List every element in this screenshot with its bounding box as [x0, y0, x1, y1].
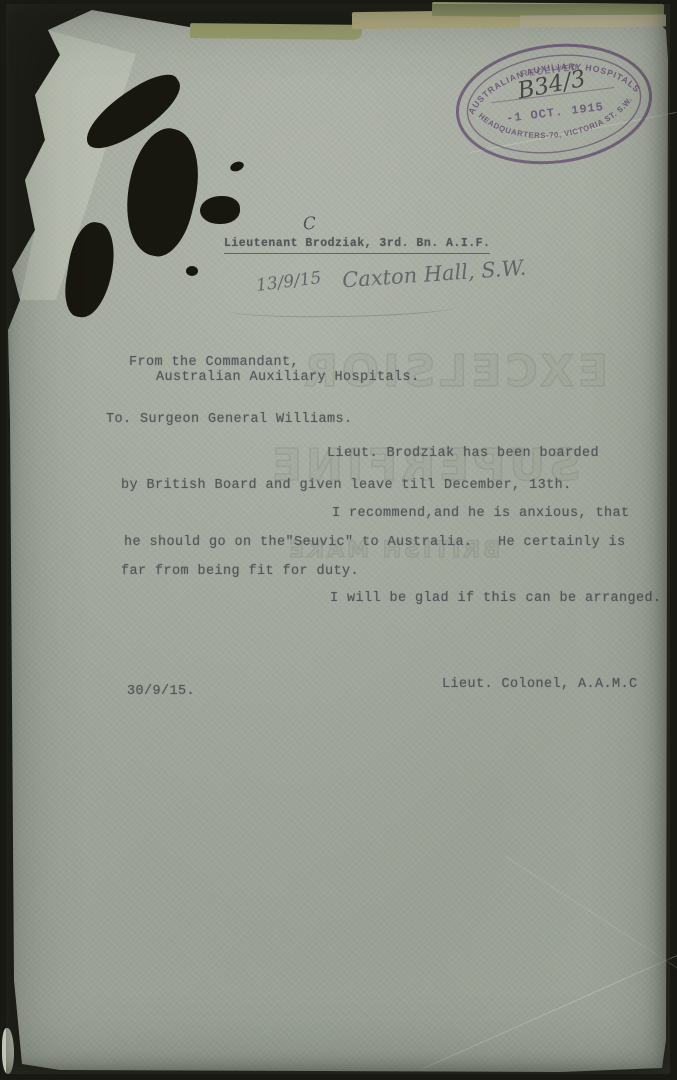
- body-line: far from being fit for duty.: [121, 565, 359, 579]
- torn-edge-fragment: [2, 1028, 14, 1074]
- signature-rank: Lieut. Colonel, A.A.M.C: [442, 678, 638, 692]
- body-line: Lieut. Brodziak has been boarded: [327, 447, 599, 461]
- body-line: I will be glad if this can be arranged.: [330, 592, 662, 606]
- tear-hole: [186, 266, 198, 276]
- body-line: I recommend,and he is anxious, that: [332, 507, 630, 521]
- hospital-receiving-stamp: AUSTRALIAN AUXILIARY HOSPITALS HEADQUART…: [442, 22, 666, 186]
- letter-heading: Lieutenant Brodziak, 3rd. Bn. A.I.F.: [224, 238, 490, 254]
- date-signed: 30/9/15.: [127, 685, 195, 699]
- scanned-letter-page: { "document": { "annotation_c": "C", "he…: [0, 0, 677, 1080]
- from-line: From the Commandant,: [129, 356, 299, 370]
- body-line: by British Board and given leave till De…: [121, 479, 572, 493]
- tear-hole: [200, 196, 240, 224]
- handwritten-letter-c: C: [302, 214, 316, 235]
- body-line: he should go on the"Seuvic" to Australia…: [124, 536, 626, 550]
- from-org-line: Australian Auxiliary Hospitals.: [156, 371, 420, 385]
- to-line: To. Surgeon General Williams.: [106, 413, 353, 427]
